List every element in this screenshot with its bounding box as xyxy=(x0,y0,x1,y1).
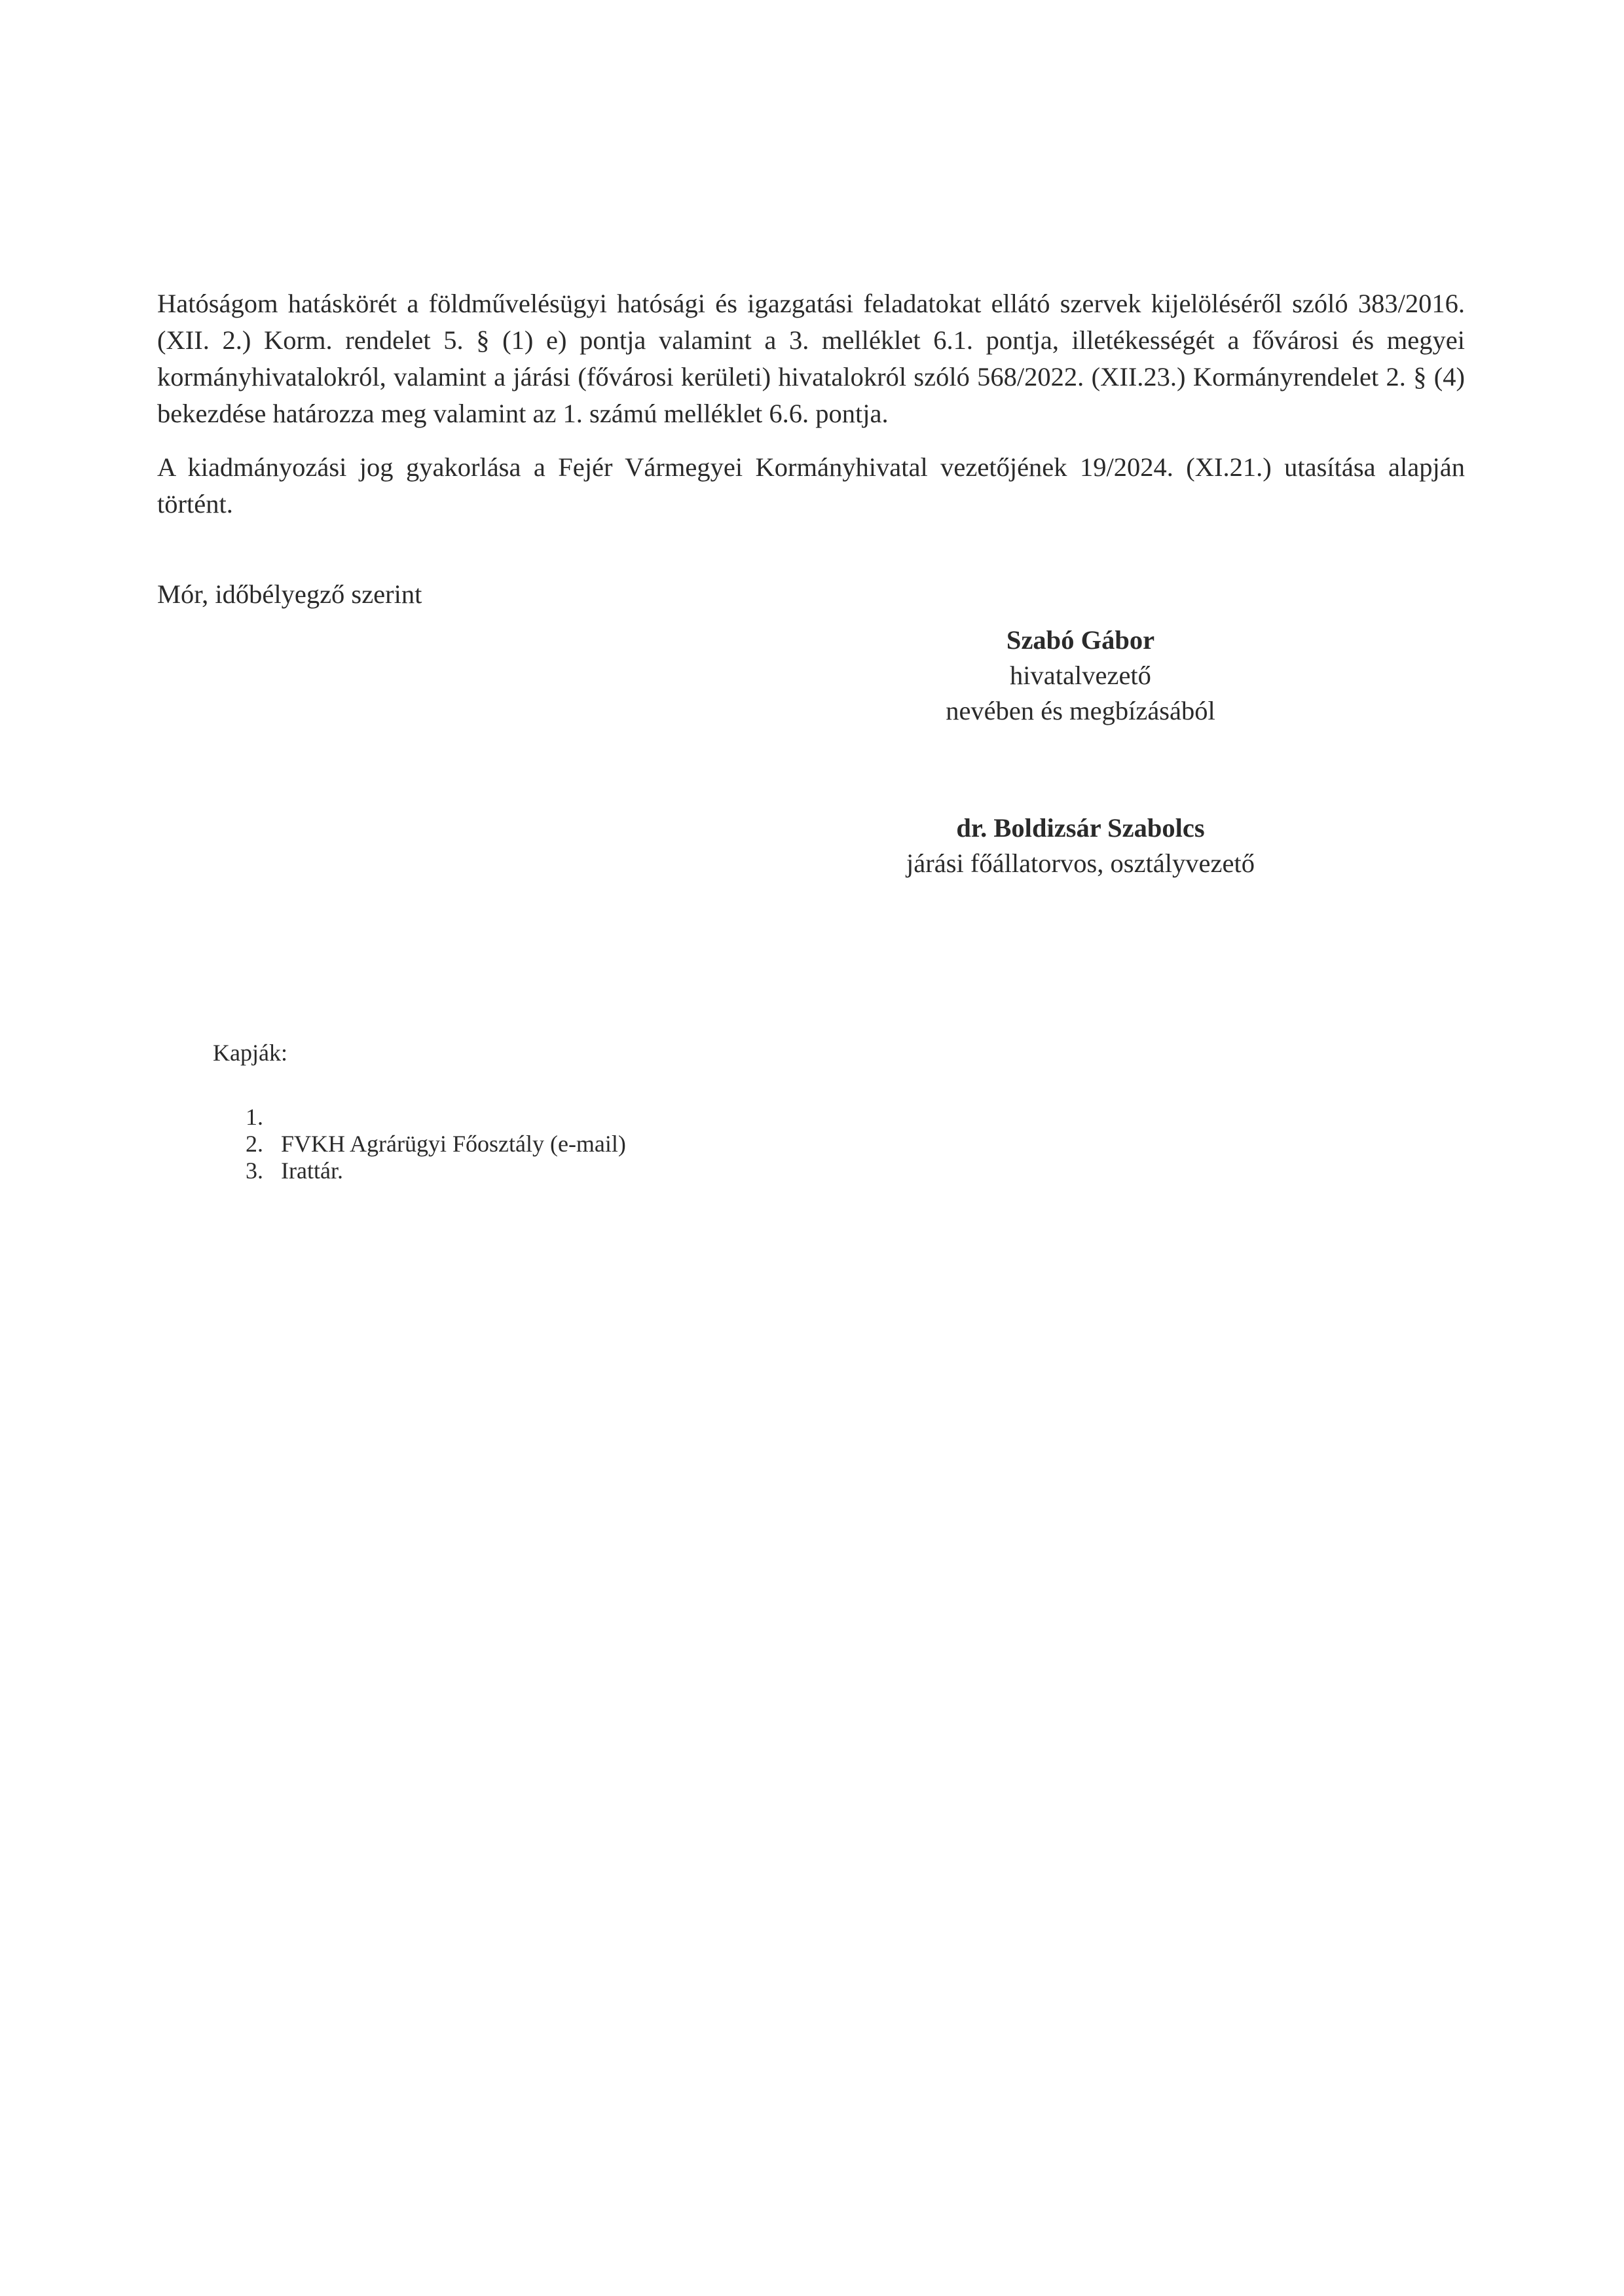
signer-name: dr. Boldizsár Szabolcs xyxy=(819,811,1342,846)
recipient-item: 3. Irattár. xyxy=(246,1157,626,1184)
recipient-number: 1. xyxy=(246,1104,281,1131)
recipient-item: 2. FVKH Agrárügyi Főosztály (e-mail) xyxy=(246,1131,626,1157)
on-behalf-note: nevében és megbízásából xyxy=(819,693,1342,729)
recipient-number: 2. xyxy=(246,1131,281,1157)
office-head-title: hivatalvezető xyxy=(819,658,1342,693)
recipient-number: 3. xyxy=(246,1157,281,1184)
legal-basis-paragraph: Hatóságom hatáskörét a földművelésügyi h… xyxy=(157,285,1465,432)
document-page: Hatóságom hatáskörét a földművelésügyi h… xyxy=(0,0,1624,2296)
signer-title: járási főállatorvos, osztályvezető xyxy=(819,846,1342,881)
recipient-item: 1. xyxy=(246,1104,626,1131)
recipients-list: 1. 2. FVKH Agrárügyi Főosztály (e-mail) … xyxy=(246,1104,626,1184)
signature-block-signer: dr. Boldizsár Szabolcs járási főállatorv… xyxy=(819,811,1342,881)
recipients-label: Kapják: xyxy=(213,1037,287,1068)
signature-block-office-head: Szabó Gábor hivatalvezető nevében és meg… xyxy=(819,623,1342,729)
recipient-text: FVKH Agrárügyi Főosztály (e-mail) xyxy=(281,1131,626,1157)
recipient-text: Irattár. xyxy=(281,1157,343,1184)
office-head-name: Szabó Gábor xyxy=(819,623,1342,658)
signing-authority-paragraph: A kiadmányozási jog gyakorlása a Fejér V… xyxy=(157,449,1465,522)
place-and-date: Mór, időbélyegző szerint xyxy=(157,576,422,613)
